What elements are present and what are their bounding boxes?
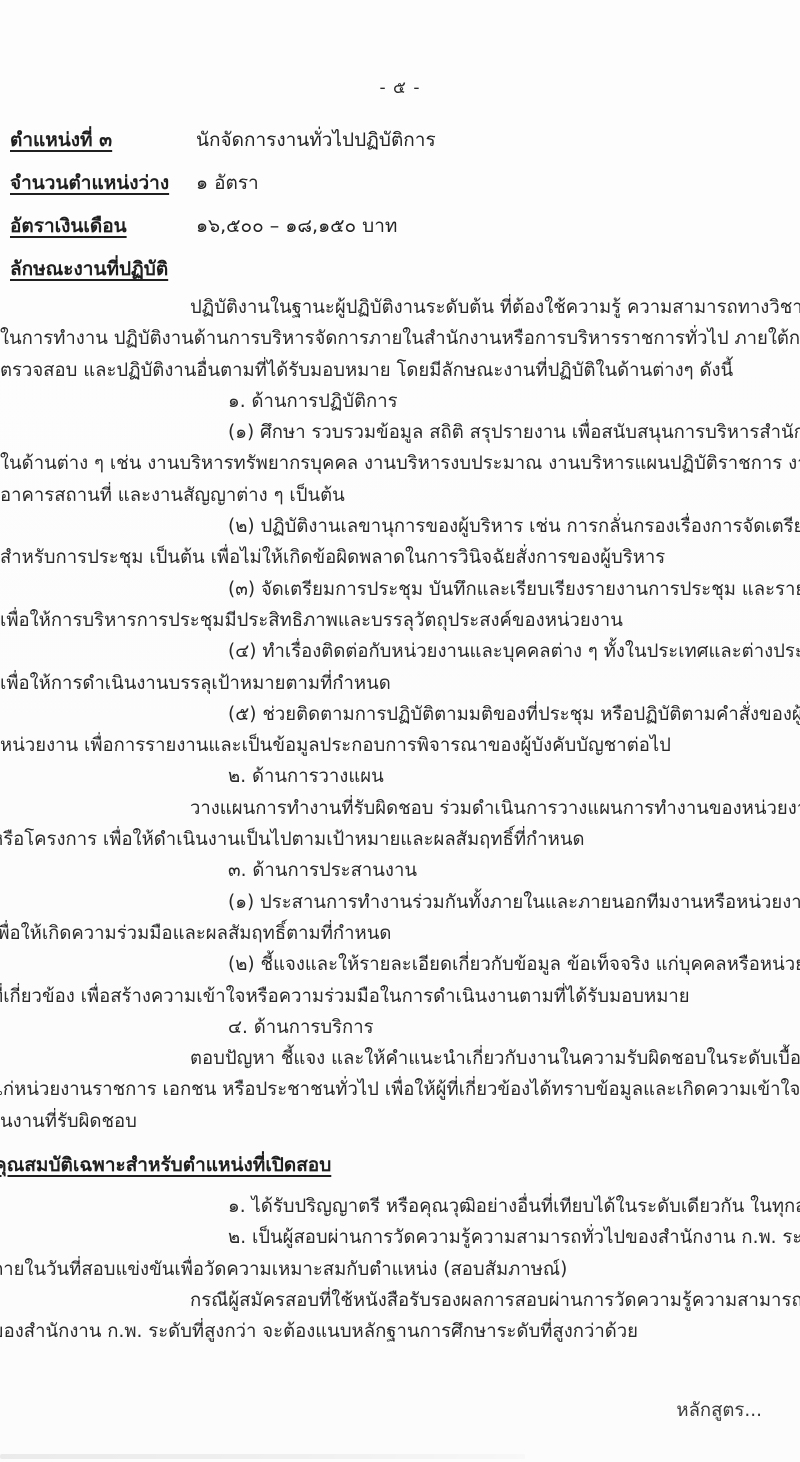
field-value: นักจัดการงานทั่วไปปฏิบัติการ xyxy=(196,125,436,155)
body-line: อาคารสถานที่ และงานสัญญาต่าง ๆ เป็นต้น xyxy=(0,480,800,511)
qualification-line: ๒. เป็นผู้สอบผ่านการวัดความรู้ความสามารถ… xyxy=(0,1222,800,1253)
field-row: อัตราเงินเดือน ๑๖,๕๐๐ – ๑๘,๑๕๐ บาท xyxy=(0,211,800,254)
body-line: ตอบปัญหา ชี้แจง และให้คำแนะนำเกี่ยวกับงา… xyxy=(0,1043,800,1074)
body-line: เพื่อให้เกิดความร่วมมือและผลสัมฤทธิ์ตามท… xyxy=(0,918,800,949)
body-line: สำหรับการประชุม เป็นต้น เพื่อไม่ให้เกิดข… xyxy=(0,542,800,573)
scanned-document-page: - ๕ - ตำแหน่งที่ ๓ นักจัดการงานทั่วไปปฏิ… xyxy=(0,0,800,1462)
body-line: ในการทำงาน ปฏิบัติงานด้านการบริหารจัดการ… xyxy=(0,323,800,354)
qualification-line: ของสำนักงาน ก.พ. ระดับที่สูงกว่า จะต้องแ… xyxy=(0,1316,800,1347)
body-line: วางแผนการทำงานที่รับผิดชอบ ร่วมดำเนินการ… xyxy=(0,793,800,824)
qualifications-heading: คุณสมบัติเฉพาะสำหรับตำแหน่งที่เปิดสอบ xyxy=(0,1150,800,1181)
body-line: เพื่อให้การบริหารการประชุมมีประสิทธิภาพแ… xyxy=(0,605,800,636)
body-line: (๒) ชี้แจงและให้รายละเอียดเกี่ยวกับข้อมู… xyxy=(0,949,800,980)
body-line: (๔) ทำเรื่องติดต่อกับหน่วยงานและบุคคลต่า… xyxy=(0,636,800,667)
body-line: แก่หน่วยงานราชการ เอกชน หรือประชาชนทั่วไ… xyxy=(0,1074,800,1105)
job-description-body: ปฏิบัติงานในฐานะผู้ปฏิบัติงานระดับต้น ที… xyxy=(0,292,800,1137)
body-line: (๒) ปฏิบัติงานเลขานุการของผู้บริหาร เช่น… xyxy=(0,511,800,542)
field-label: ตำแหน่งที่ ๓ xyxy=(10,125,196,155)
field-value: ๑๖,๕๐๐ – ๑๘,๑๕๐ บาท xyxy=(196,211,397,241)
qualification-line: กรณีผู้สมัครสอบที่ใช้หนังสือรับรองผลการส… xyxy=(0,1285,800,1316)
field-label: อัตราเงินเดือน xyxy=(10,211,196,241)
body-line: ปฏิบัติงานในฐานะผู้ปฏิบัติงานระดับต้น ที… xyxy=(0,292,800,323)
qualification-line: ภายในวันที่สอบแข่งขันเพื่อวัดความเหมาะสม… xyxy=(0,1254,800,1285)
qualifications-body: ๑. ได้รับปริญญาตรี หรือคุณวุฒิอย่างอื่นท… xyxy=(0,1191,800,1347)
body-line: ที่เกี่ยวข้อง เพื่อสร้างความเข้าใจหรือคว… xyxy=(0,981,800,1012)
position-header-fields: ตำแหน่งที่ ๓ นักจัดการงานทั่วไปปฏิบัติกา… xyxy=(0,125,800,254)
page-continuation-note: หลักสูตร... xyxy=(0,1395,800,1426)
body-line: หน่วยงาน เพื่อการรายงานและเป็นข้อมูลประก… xyxy=(0,730,800,761)
field-row: ตำแหน่งที่ ๓ นักจัดการงานทั่วไปปฏิบัติกา… xyxy=(0,125,800,168)
body-line: ๒. ด้านการวางแผน xyxy=(0,761,800,792)
body-line: ๔. ด้านการบริการ xyxy=(0,1012,800,1043)
body-line: (๑) ศึกษา รวบรวมข้อมูล สถิติ สรุปรายงาน … xyxy=(0,417,800,448)
field-label: จำนวนตำแหน่งว่าง xyxy=(10,168,196,198)
body-line: ในด้านต่าง ๆ เช่น งานบริหารทรัพยากรบุคคล… xyxy=(0,448,800,479)
qualification-line: ๑. ได้รับปริญญาตรี หรือคุณวุฒิอย่างอื่นท… xyxy=(0,1191,800,1222)
field-row: จำนวนตำแหน่งว่าง ๑ อัตรา xyxy=(0,168,800,211)
body-line: (๓) จัดเตรียมการประชุม บันทึกและเรียบเรี… xyxy=(0,574,800,605)
field-value: ๑ อัตรา xyxy=(196,168,259,198)
body-line: (๑) ประสานการทำงานร่วมกันทั้งภายในและภาย… xyxy=(0,887,800,918)
body-line: (๕) ช่วยติดตามการปฏิบัติตามมติของที่ประช… xyxy=(0,699,800,730)
body-line: ตรวจสอบ และปฏิบัติงานอื่นตามที่ได้รับมอบ… xyxy=(0,355,800,386)
body-line: ๓. ด้านการประสานงาน xyxy=(0,855,800,886)
body-line: ๑. ด้านการปฏิบัติการ xyxy=(0,386,800,417)
body-line: ในงานที่รับผิดชอบ xyxy=(0,1106,800,1137)
body-line: หรือโครงการ เพื่อให้ดำเนินงานเป็นไปตามเป… xyxy=(0,824,800,855)
body-line: เพื่อให้การดำเนินงานบรรลุเป้าหมายตามที่ก… xyxy=(0,668,800,699)
job-description-heading: ลักษณะงานที่ปฏิบัติ xyxy=(0,254,800,290)
scan-edge-artifact xyxy=(0,1454,525,1459)
page-number: - ๕ - xyxy=(0,73,800,103)
